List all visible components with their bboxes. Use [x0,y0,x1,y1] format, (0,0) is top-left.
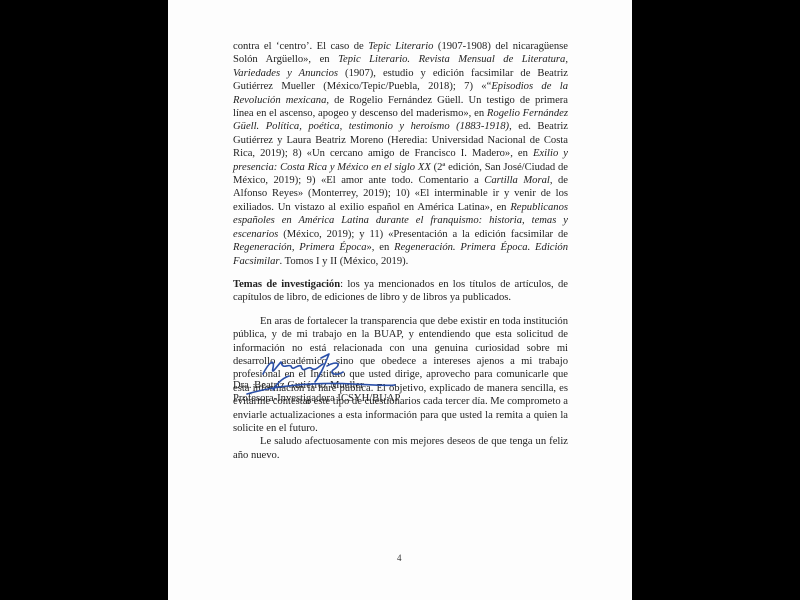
italic-title-segment: Regeneración, Primera Época [233,242,367,253]
text-segment: (México, 2019); y 11) «Presentación a la… [278,229,568,240]
closing-line: Le saludo afectuosamente con mis mejores… [233,435,568,462]
page-number: 4 [397,553,402,563]
text-segment: contra el ‘centro’. El caso de [233,41,368,52]
handwritten-signature-icon [233,352,403,397]
italic-title-segment: Cartilla Moral [484,175,550,186]
research-topics-label: Temas de investigación [233,279,340,290]
research-topics-paragraph: Temas de investigación: los ya mencionad… [233,278,568,305]
signature-block: Dra. Beatriz Gutiérrez Mueller Profesora… [233,352,533,412]
text-segment: . Tomos I y II (México, 2019). [280,256,409,267]
text-segment: », en [367,242,395,253]
document-page: contra el ‘centro’. El caso de Tepic Lit… [168,0,632,600]
publications-continuation-paragraph: contra el ‘centro’. El caso de Tepic Lit… [233,40,568,268]
italic-title-segment: Tepic Literario [368,41,433,52]
